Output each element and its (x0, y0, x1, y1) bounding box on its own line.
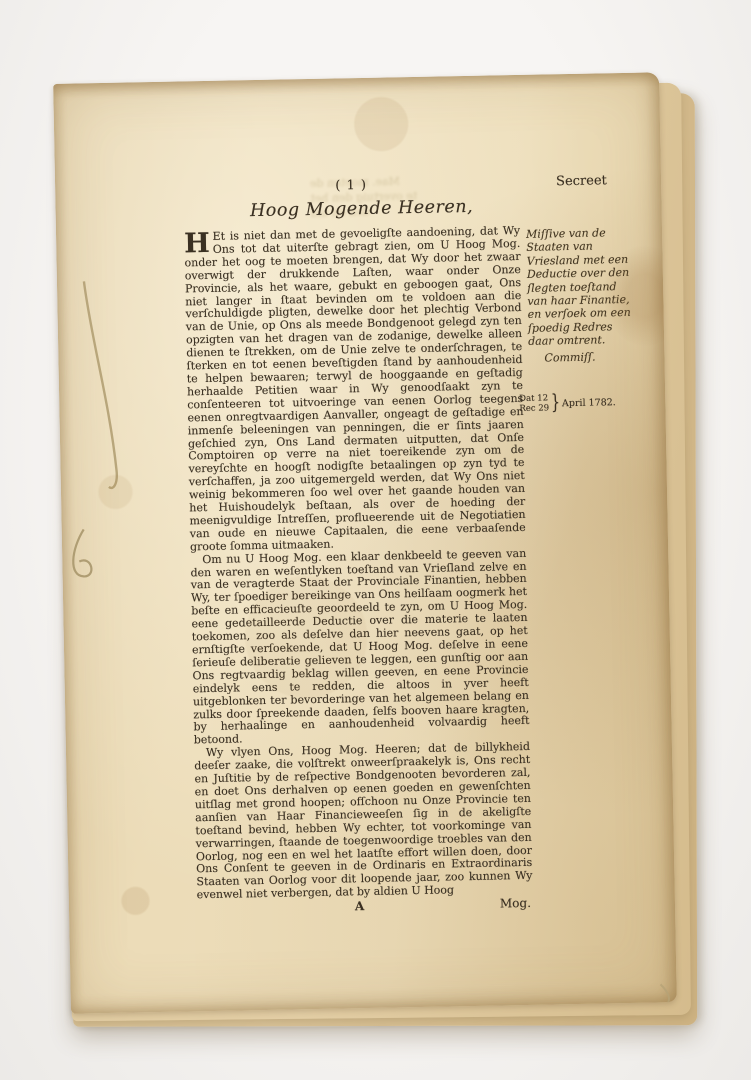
date-note-lines: Dat 12 Rec 29 (519, 394, 549, 414)
binding-thread-long (84, 281, 117, 489)
margin-note-text: Miſſive van de Staaten van Vriesland met… (526, 226, 634, 349)
catchword: Mog. (500, 897, 531, 910)
photo-scene: Mae. moeten de te overtuig den het den e… (0, 0, 751, 1080)
body-paragraph-1-text: Et is niet dan met de gevoeligſte aandoe… (184, 224, 525, 553)
binding-thread-loop (73, 529, 92, 576)
margin-note-signoff: Commiſſ. (528, 349, 634, 364)
body-paragraph-3: Wy vlyen Ons, Hoog Mog. Heeren; dat de b… (194, 741, 533, 902)
document-page: Mae. moeten de te overtuig den het den e… (53, 72, 677, 1013)
body-paragraph-1: HEt is niet dan met de gevoeligſte aando… (184, 225, 526, 554)
drop-cap-initial: H (184, 231, 213, 256)
body-paragraph-2: Om nu U Hoog Mog. een klaar denkbeeld te… (190, 548, 530, 748)
secret-label: Secreet (556, 173, 607, 189)
signature-mark: A (355, 900, 365, 913)
date-received-note: Dat 12 Rec 29 } April 1782. (519, 393, 616, 414)
salutation-heading: Hoog Mogende Heeren, (193, 196, 529, 222)
body-text-column: HEt is niet dan met de gevoeligſte aando… (184, 225, 533, 918)
binding-thread-corner (661, 984, 670, 1005)
brace-glyph: } (551, 397, 560, 411)
date-note-date: April 1782. (562, 398, 616, 409)
margin-note: Miſſive van de Staaten van Vriesland met… (526, 226, 635, 365)
date-note-rec: Rec 29 (519, 404, 549, 414)
